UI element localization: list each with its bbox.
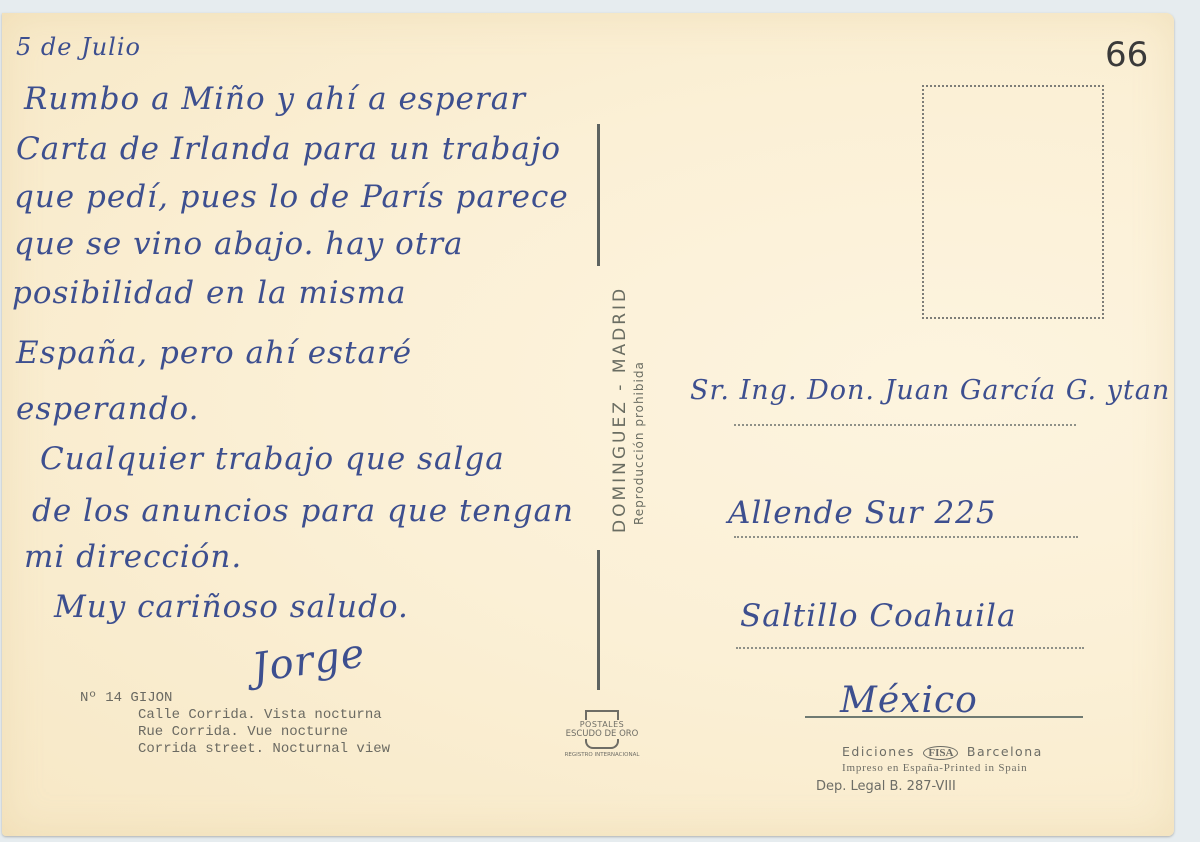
postcard-back: 5 de Julio 66 Rumbo a Miño y ahí a esper… [2,13,1174,836]
address-rule [736,647,1084,649]
address-rule-solid [805,716,1083,718]
message-line: Muy cariñoso saludo. [54,589,409,625]
message-line: Cualquier trabajo que salga [40,441,505,477]
message-line: de los anuncios para que tengan [32,493,574,529]
caption-title: Nº 14 GIJON [80,690,172,707]
address-rule [734,536,1078,538]
caption-place: GIJON [130,690,172,706]
address-line-street: Allende Sur 225 [728,495,997,531]
printer-imprint: Ediciones FISA Barcelona Impreso en Espa… [842,743,1043,794]
caption-french: Rue Corrida. Vue nocturne [138,724,390,741]
printed-in-spain: Impreso en España-Printed in Spain [842,762,1043,774]
address-rule [734,424,1076,426]
address-line-country: México [840,680,978,721]
vertical-imprint: DOMINGUEZ - MADRID Reproducción prohibid… [610,286,630,533]
message-line: esperando. [16,391,200,427]
publisher-imprint: DOMINGUEZ - MADRID [610,286,630,533]
stamp-placeholder [922,85,1104,319]
archive-number: 66 [1105,35,1148,75]
message-line: posibilidad en la misma [12,275,406,311]
printer-city: Barcelona [967,744,1043,759]
message-line: que se vino abajo. hay otra [14,226,464,262]
caption-number: Nº 14 [80,690,122,706]
caption-lines: Calle Corrida. Vista nocturna Rue Corrid… [138,707,390,758]
message-line: España, pero ahí estaré [16,335,412,371]
address-line-city: Saltillo Coahuila [740,598,1016,634]
message-date: 5 de Julio [16,33,141,61]
message-line: Rumbo a Miño y ahí a esperar [24,81,526,117]
address-line-recipient: Sr. Ing. Don. Juan García G. ytan [690,375,1170,406]
legal-deposit: Dep. Legal B. 287-VIII [816,779,1043,794]
message-line: mi dirección. [24,539,242,575]
reproduction-notice: Reproducción prohibida [632,361,646,525]
escudo-de-oro-logo: POSTALES ESCUDO DE ORO REGISTRO INTERNAC… [562,710,642,759]
caption-english: Corrida street. Nocturnal view [138,741,390,758]
message-line: Carta de Irlanda para un trabajo [16,131,561,167]
fisa-logo: FISA [923,746,958,760]
divider-top [597,124,600,266]
divider-bottom [597,550,600,690]
logo-line-2: ESCUDO DE ORO [562,729,642,739]
message-line: que pedí, pues lo de París parece [14,179,569,215]
logo-line-3: REGISTRO INTERNACIONAL [562,751,642,759]
signature: Jorge [249,630,368,691]
shield-base-icon [585,739,619,749]
caption-spanish: Calle Corrida. Vista nocturna [138,707,390,724]
shield-icon [585,710,619,720]
logo-line-1: POSTALES [562,720,642,729]
ediciones-label: Ediciones [842,744,915,759]
